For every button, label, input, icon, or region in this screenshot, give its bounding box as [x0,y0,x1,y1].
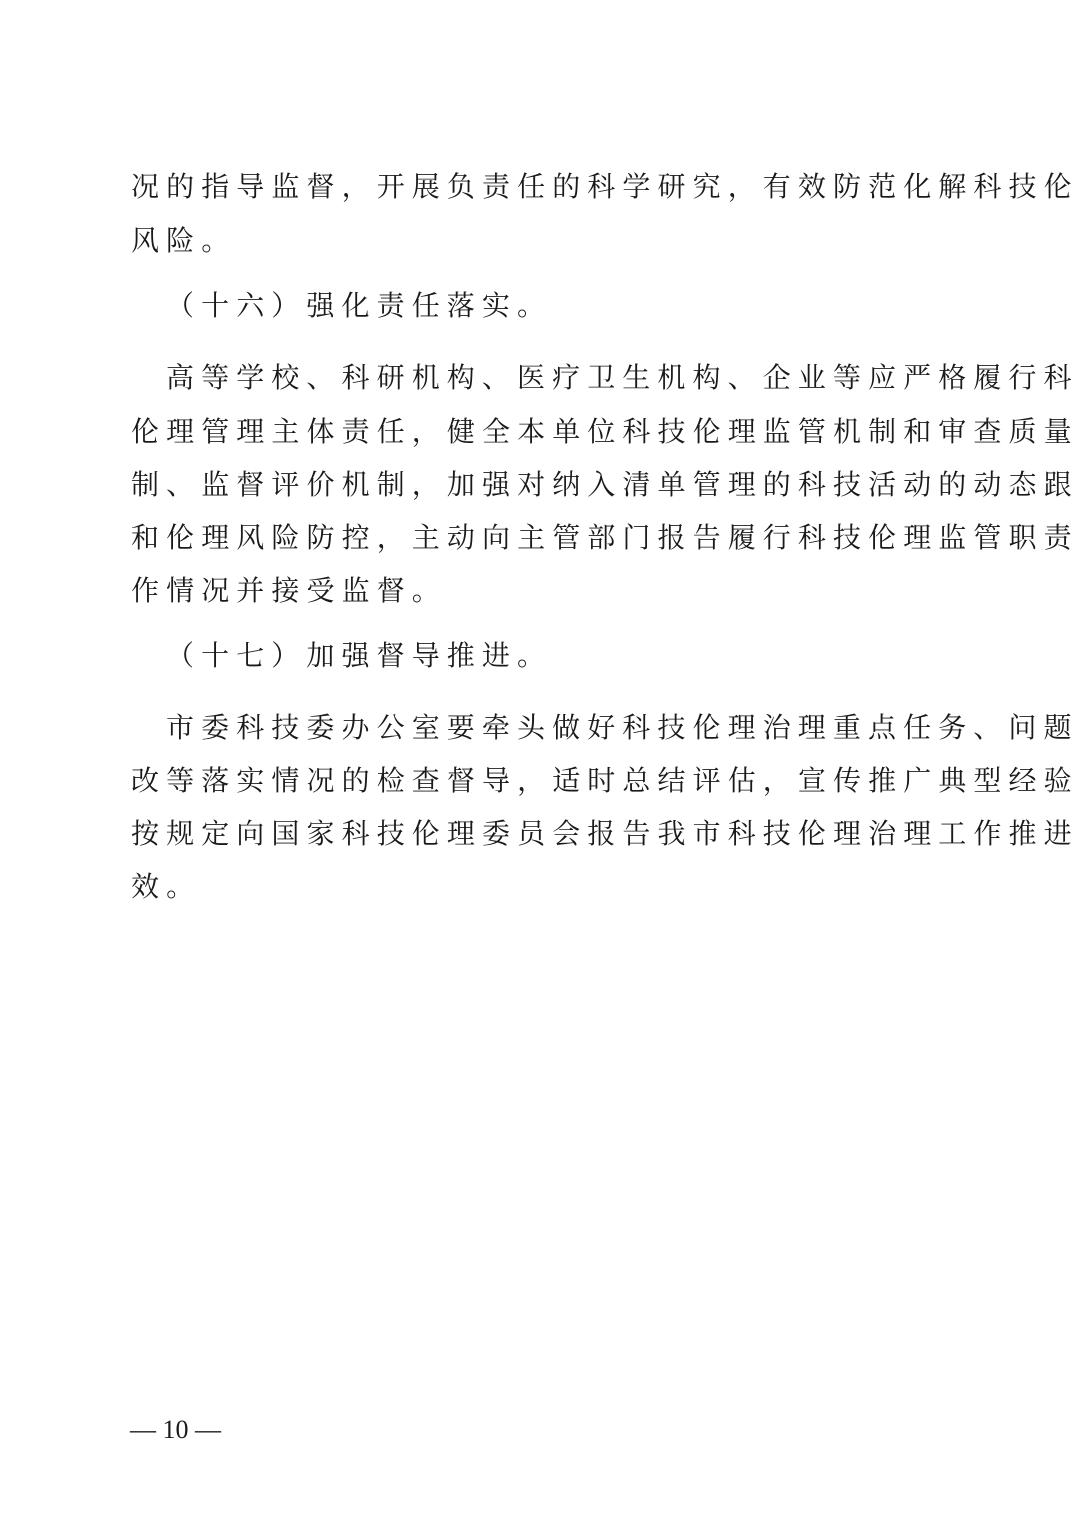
body-text-line: 高等学校、科研机构、医疗卫生机构、企业等应严格履行科技 [166,358,986,398]
body-text-line: 制、监督评价机制，加强对纳入清单管理的科技活动的动态跟踪 [131,465,951,505]
body-text-line: 伦理管理主体责任，健全本单位科技伦理监管机制和审查质量控 [131,412,951,452]
body-text-line: 改等落实情况的检查督导，适时总结评估，宣传推广典型经验， [131,761,951,801]
section-heading-16: （十六）强化责任落实。 [166,286,986,326]
body-text-line: 风险。 [131,221,951,261]
body-text-line: 效。 [131,867,951,907]
body-text-line: 按规定向国家科技伦理委员会报告我市科技伦理治理工作推进成 [131,814,951,854]
body-text-line: 市委科技委办公室要牵头做好科技伦理治理重点任务、问题整 [166,708,986,748]
page-number: — 10 — [130,1412,221,1448]
document-page: 况的指导监督，开展负责任的科学研究，有效防范化解科技伦理 风险。 （十六）强化责… [0,0,1074,1520]
section-heading-17: （十七）加强督导推进。 [166,636,986,676]
body-text-line: 作情况并接受监督。 [131,571,951,611]
body-text-line: 和伦理风险防控，主动向主管部门报告履行科技伦理监管职责工 [131,518,951,558]
body-text-line: 况的指导监督，开展负责任的科学研究，有效防范化解科技伦理 [131,167,951,207]
